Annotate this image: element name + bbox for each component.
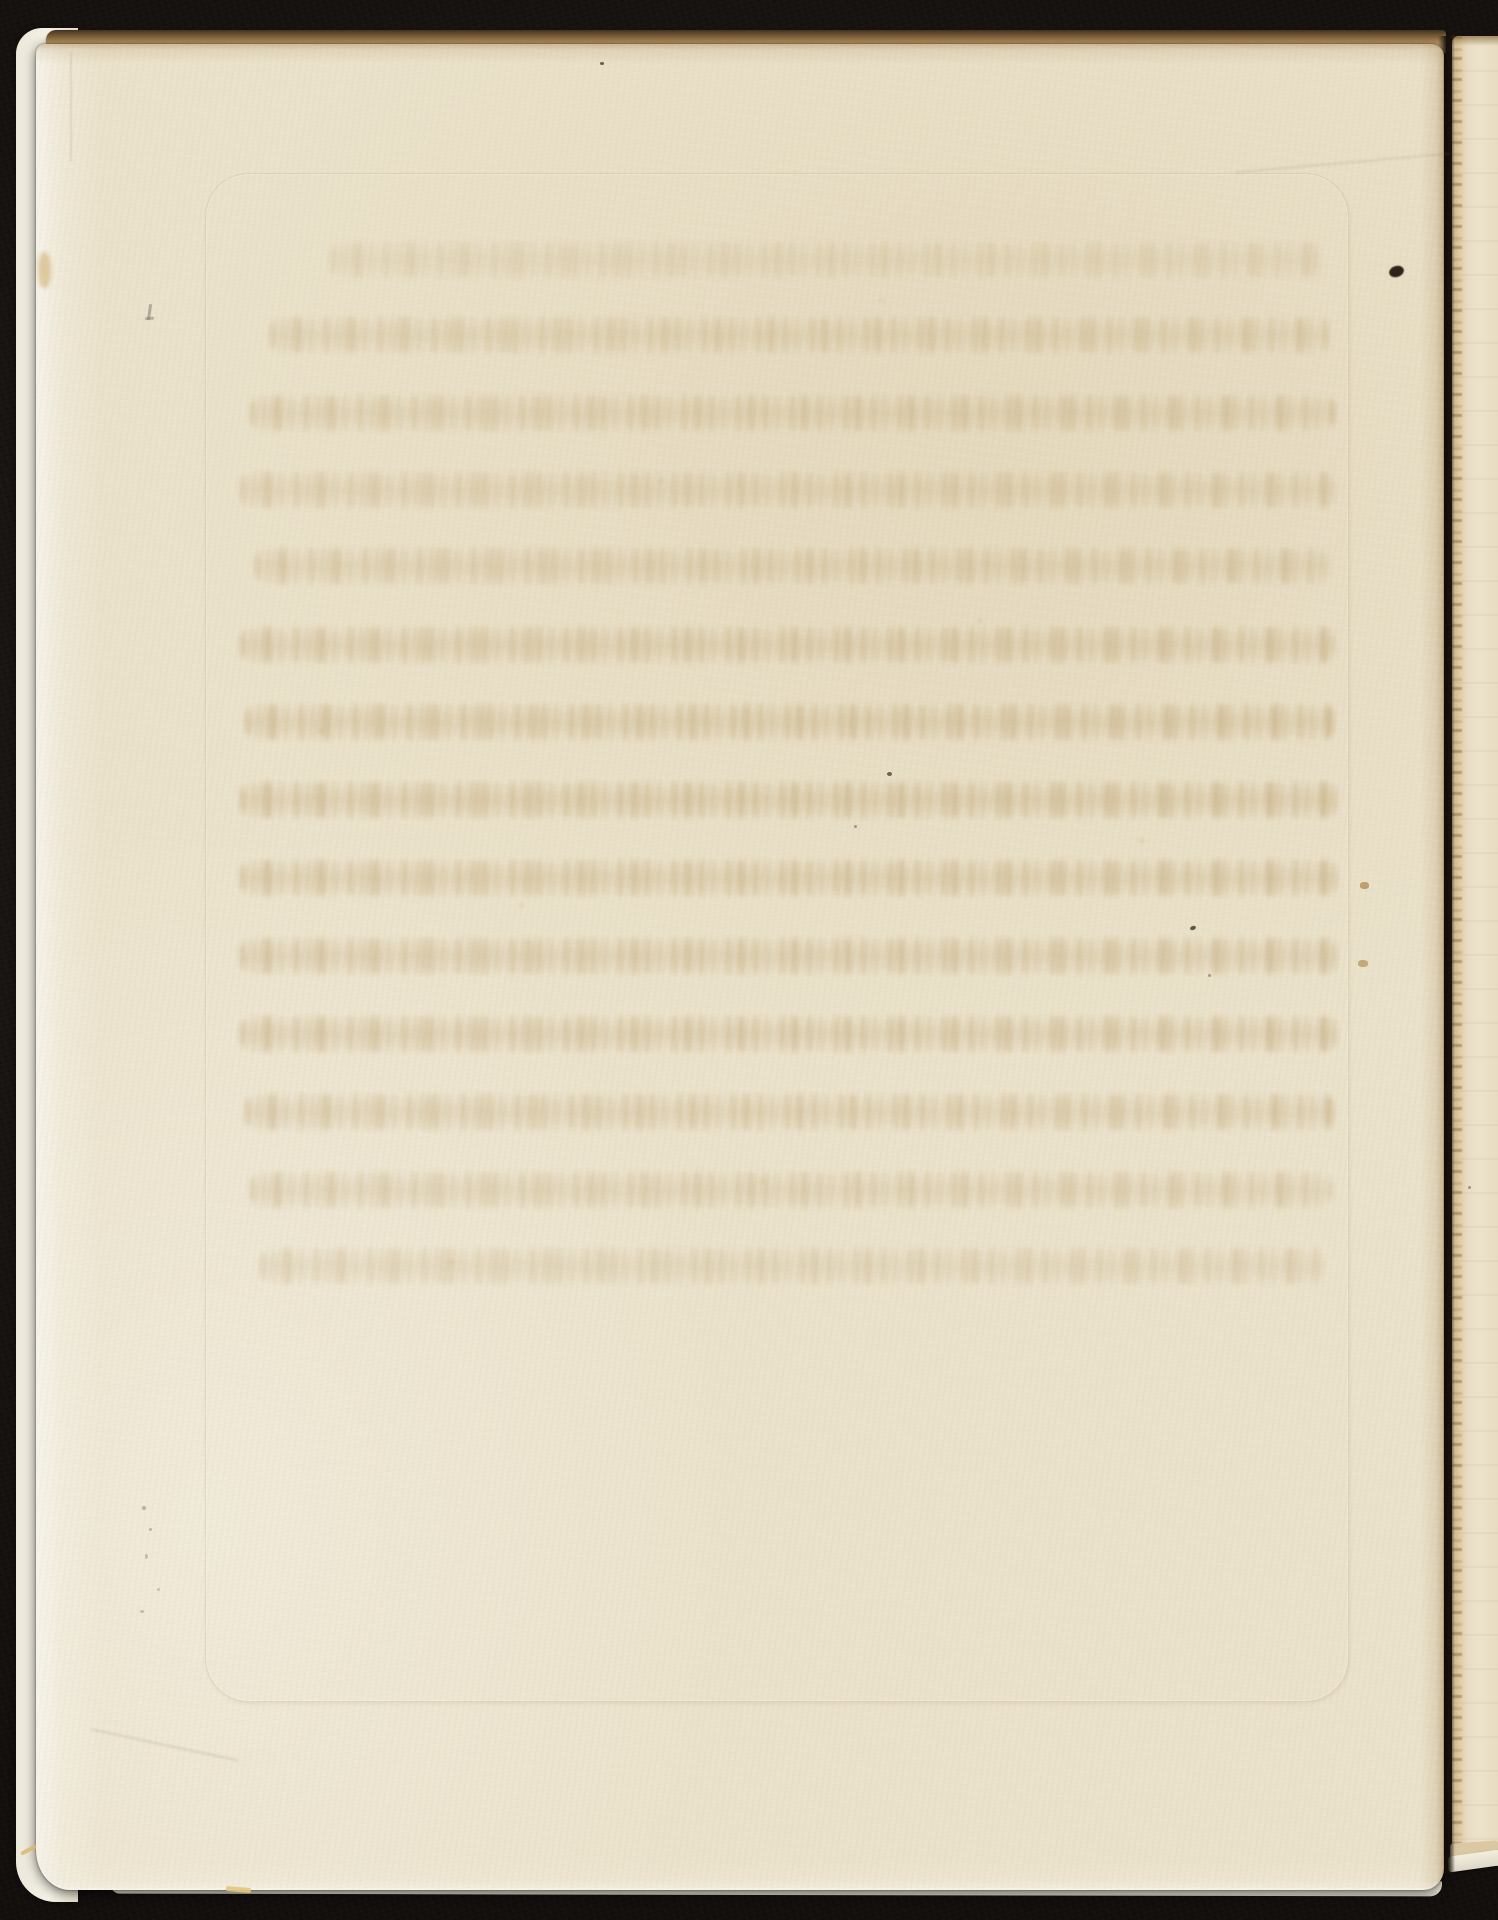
next-page-edge xyxy=(1452,36,1498,1866)
platemark-impression xyxy=(205,173,1349,1702)
blank-page xyxy=(36,44,1444,1890)
scanned-book-photograph xyxy=(0,0,1498,1920)
